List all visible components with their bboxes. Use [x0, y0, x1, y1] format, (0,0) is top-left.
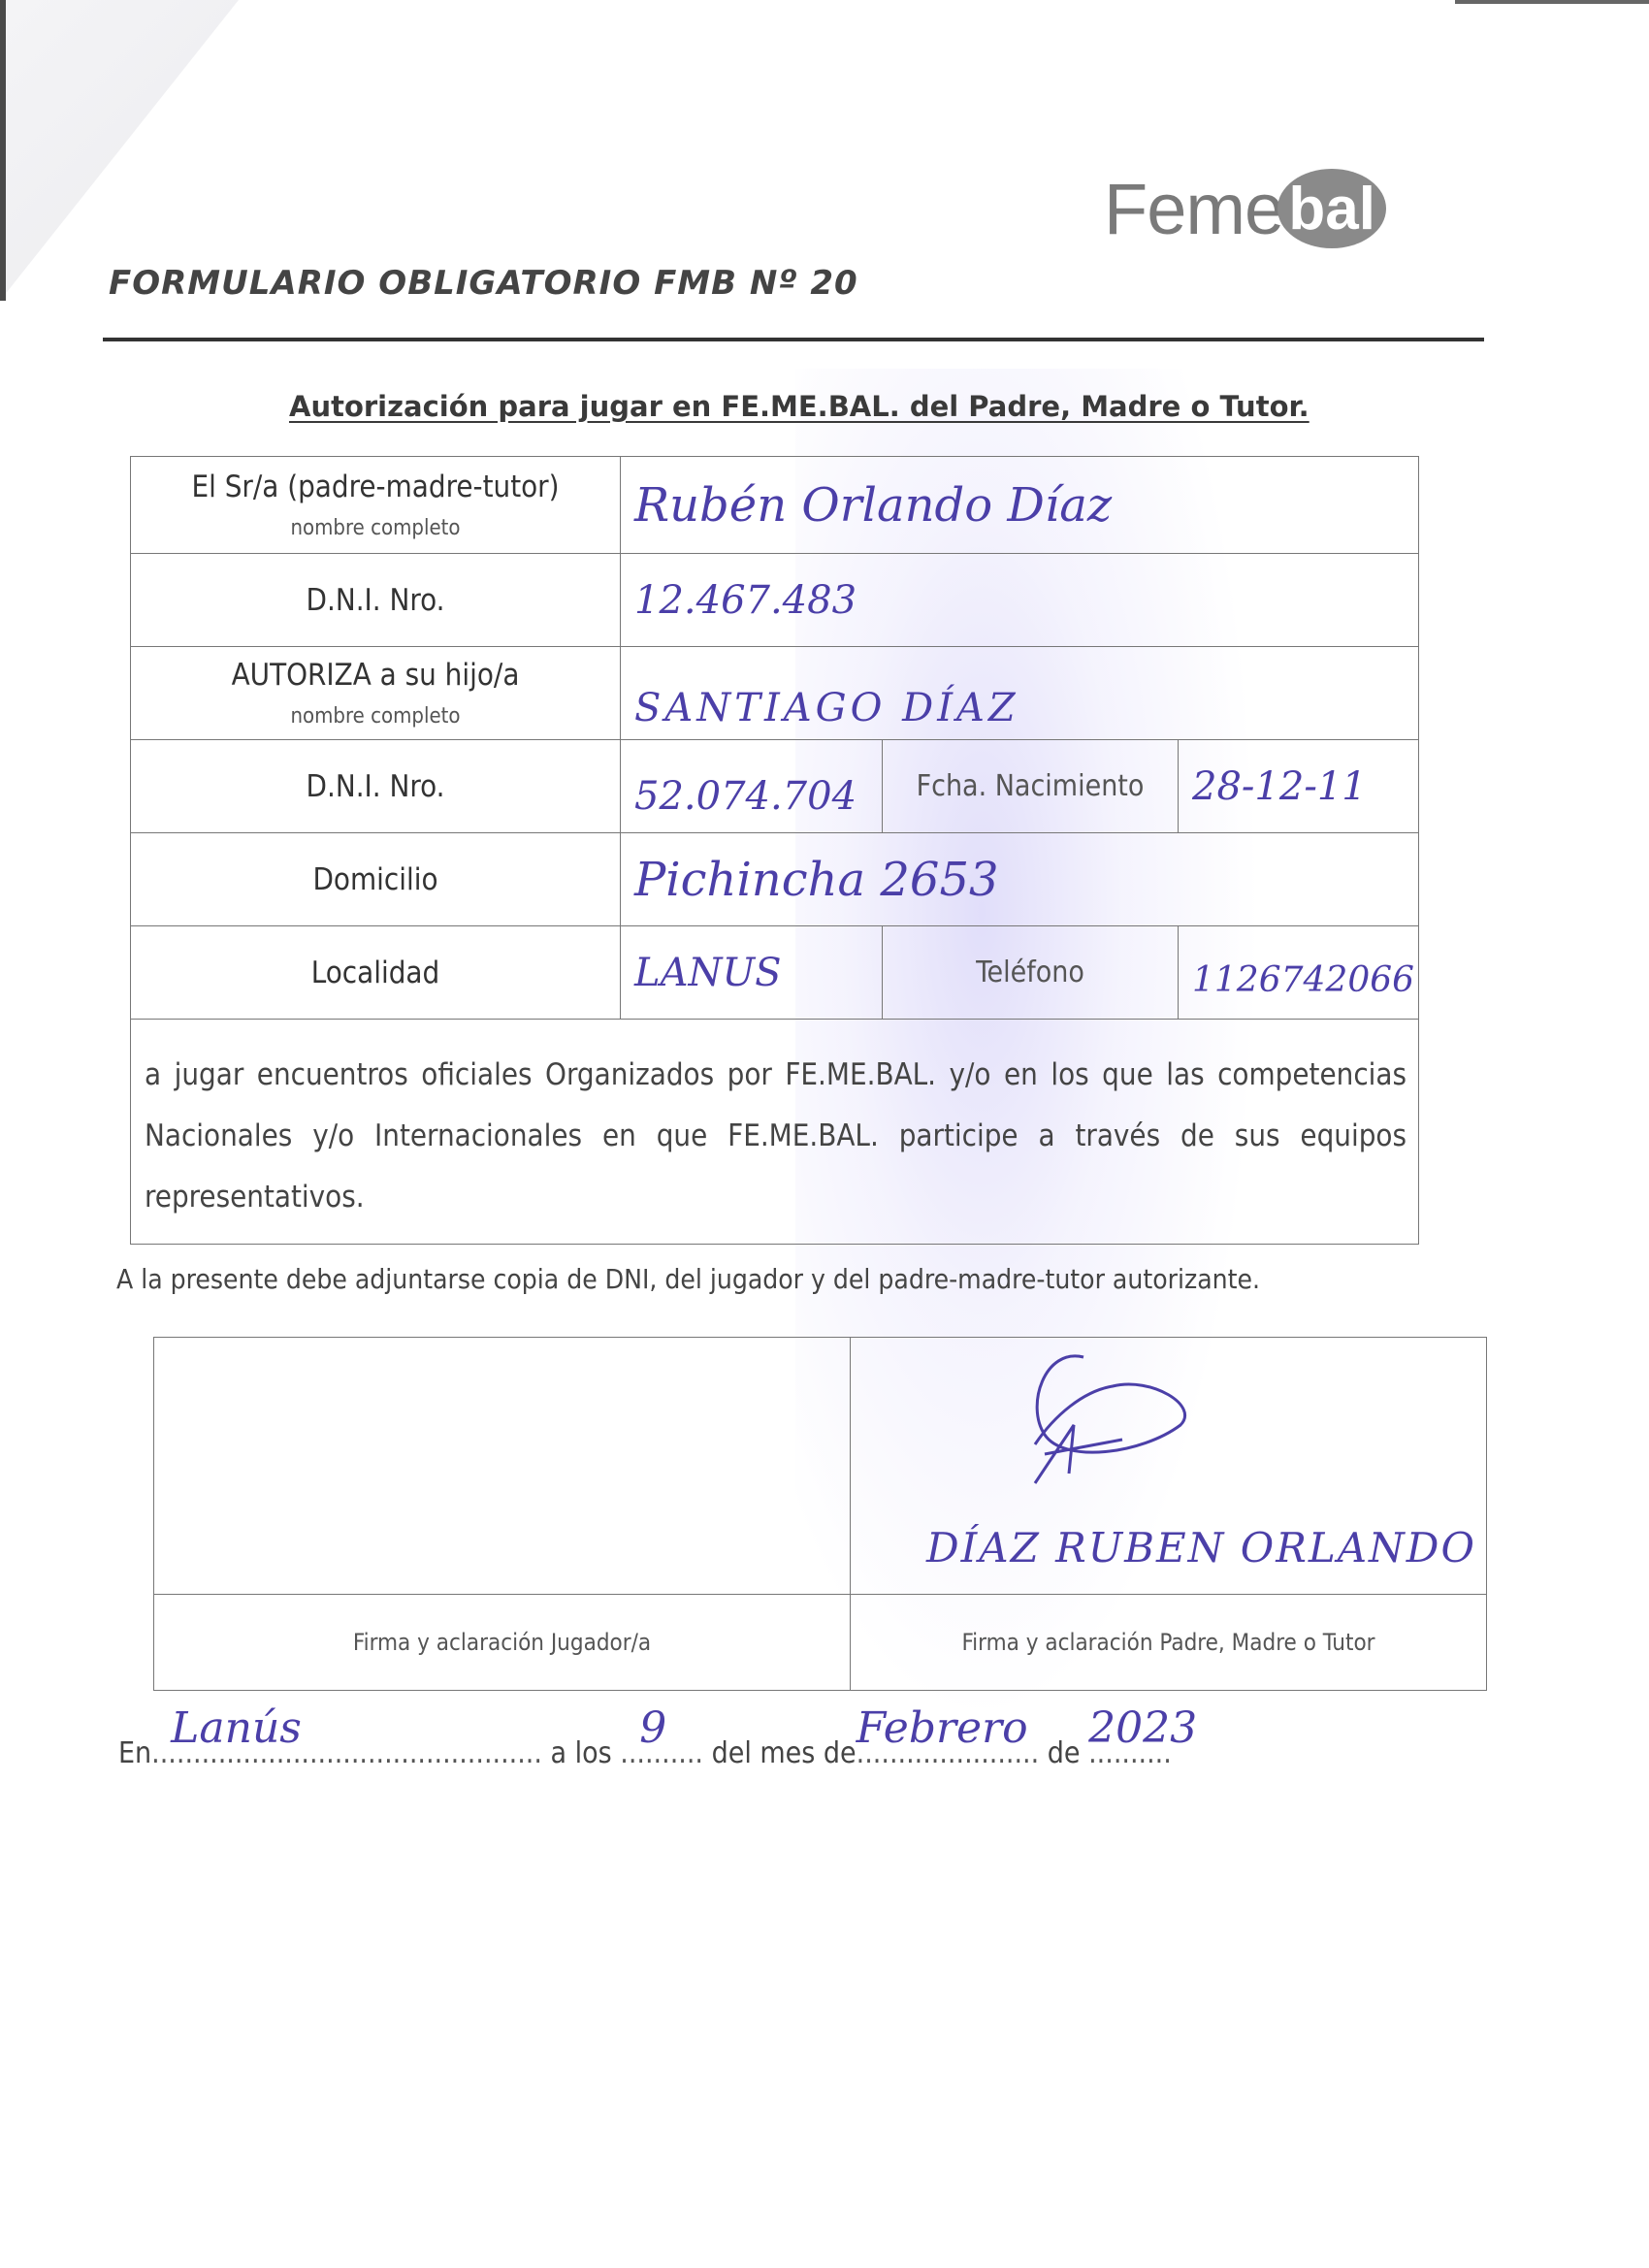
place-field[interactable]: ........................................…: [151, 1736, 542, 1770]
del-mes-de-text: del mes de: [712, 1736, 857, 1770]
child-sublabel: nombre completo: [131, 704, 620, 729]
table-row: D.N.I. Nro. 52.074.704 Fcha. Nacimiento …: [131, 740, 1419, 833]
logo-text: Feme: [1104, 168, 1283, 250]
logo-badge: bal: [1277, 169, 1386, 248]
table-row: Domicilio Pichincha 2653: [131, 833, 1419, 926]
guardian-sublabel: nombre completo: [131, 516, 620, 540]
guardian-name-field[interactable]: Rubén Orlando Díaz: [621, 457, 1419, 554]
authorization-text: a jugar encuentros oficiales Organizados…: [131, 1020, 1419, 1245]
guardian-label-cell: El Sr/a (padre-madre-tutor) nombre compl…: [131, 457, 621, 554]
date-prefix: En: [118, 1736, 151, 1770]
authorization-table: El Sr/a (padre-madre-tutor) nombre compl…: [130, 456, 1419, 1245]
table-row: Localidad LANUS Teléfono 1126742066: [131, 926, 1419, 1020]
table-row: El Sr/a (padre-madre-tutor) nombre compl…: [131, 457, 1419, 554]
child-label: AUTORIZA a su hijo/a: [232, 658, 520, 693]
de-text: de: [1048, 1736, 1081, 1770]
month-field[interactable]: ......................Febrero: [857, 1736, 1040, 1770]
address-field[interactable]: Pichincha 2653: [621, 833, 1419, 926]
player-signature-box[interactable]: [154, 1338, 851, 1595]
phone-label: Teléfono: [883, 926, 1179, 1020]
child-dni-label: D.N.I. Nro.: [131, 740, 621, 833]
guardian-dni-label: D.N.I. Nro.: [131, 554, 621, 647]
child-name-field[interactable]: SANTIAGO DÍAZ: [621, 647, 1419, 740]
scan-edge-top: [1455, 0, 1649, 4]
place-value: Lanús: [171, 1703, 302, 1753]
table-row: D.N.I. Nro. 12.467.483: [131, 554, 1419, 647]
table-row: AUTORIZA a su hijo/a nombre completo SAN…: [131, 647, 1419, 740]
form-title: FORMULARIO OBLIGATORIO FMB Nº 20: [109, 264, 858, 303]
guardian-signature-label: Firma y aclaración Padre, Madre o Tutor: [851, 1595, 1487, 1691]
title-divider: [103, 338, 1484, 341]
signature-table: DÍAZ RUBEN ORLANDO Firma y aclaración Ju…: [153, 1337, 1487, 1691]
table-row: a jugar encuentros oficiales Organizados…: [131, 1020, 1419, 1245]
phone-field[interactable]: 1126742066: [1179, 926, 1419, 1020]
scan-edge: [0, 0, 6, 301]
guardian-label: El Sr/a (padre-madre-tutor): [191, 470, 559, 504]
guardian-signature-name: DÍAZ RUBEN ORLANDO: [926, 1524, 1476, 1571]
a-los-text: a los: [551, 1736, 612, 1770]
locality-label: Localidad: [131, 926, 621, 1020]
table-row: DÍAZ RUBEN ORLANDO: [154, 1338, 1487, 1595]
child-dni-field[interactable]: 52.074.704: [621, 740, 883, 833]
day-value: 9: [639, 1703, 666, 1753]
folded-corner: [0, 0, 239, 301]
table-row: Firma y aclaración Jugador/a Firma y acl…: [154, 1595, 1487, 1691]
player-signature-label: Firma y aclaración Jugador/a: [154, 1595, 851, 1691]
birthdate-label: Fcha. Nacimiento: [883, 740, 1179, 833]
year-value: 2023: [1088, 1703, 1197, 1753]
locality-field[interactable]: LANUS: [621, 926, 883, 1020]
attachment-note: A la presente debe adjuntarse copia de D…: [116, 1263, 1260, 1295]
month-value: Febrero: [857, 1703, 1028, 1753]
birthdate-field[interactable]: 28-12-11: [1179, 740, 1419, 833]
year-field[interactable]: ..........2023: [1088, 1736, 1172, 1770]
guardian-signature-box[interactable]: DÍAZ RUBEN ORLANDO: [851, 1338, 1487, 1595]
femebal-logo: Feme bal: [1104, 165, 1386, 252]
signature-scribble-icon: [977, 1347, 1210, 1503]
child-label-cell: AUTORIZA a su hijo/a nombre completo: [131, 647, 621, 740]
date-place-line: En......................................…: [118, 1736, 1172, 1770]
address-label: Domicilio: [131, 833, 621, 926]
form-subtitle: Autorización para jugar en FE.ME.BAL. de…: [289, 390, 1309, 423]
day-field[interactable]: ..........9: [620, 1736, 703, 1770]
guardian-dni-field[interactable]: 12.467.483: [621, 554, 1419, 647]
